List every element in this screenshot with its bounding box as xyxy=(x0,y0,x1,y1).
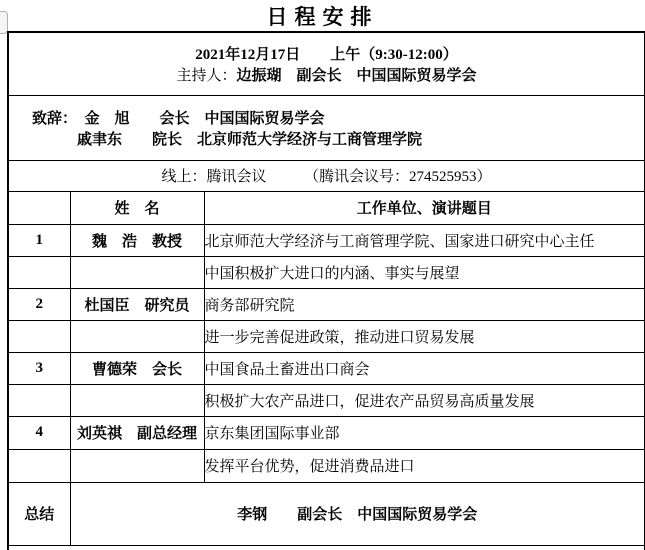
session-host-line: 主持人：边振瑚 副会长 中国国际贸易学会 xyxy=(9,64,644,85)
table-row: 积极扩大农产品进口，促进农产品贸易高质量发展 xyxy=(8,384,645,416)
speaker-org: 京东集团国际事业部 xyxy=(204,416,645,449)
speaker-topic: 积极扩大农产品进口，促进农产品贸易高质量发展 xyxy=(204,384,645,416)
speaker-name: 曹德荣 会长 xyxy=(70,352,204,384)
speaker-org: 中国食品土畜进出口商会 xyxy=(204,352,645,384)
document-page: { "colors": { "text": "#000000", "border… xyxy=(0,0,645,550)
speaker-number: 2 xyxy=(8,288,70,320)
table-row: 4 刘英祺 副总经理 京东集团国际事业部 xyxy=(8,416,645,449)
speaker-name: 刘英祺 副总经理 xyxy=(70,416,204,449)
table-row: 1 魏 浩 教授 北京师范大学经济与工商管理学院、国家进口研究中心主任 xyxy=(8,224,645,256)
agenda-table: 2021年12月17日 上午（9:30-12:00） 主持人：边振瑚 副会长 中… xyxy=(7,31,645,550)
session-info-cell: 2021年12月17日 上午（9:30-12:00） 主持人：边振瑚 副会长 中… xyxy=(8,32,645,95)
table-row: 进一步完善促进政策，推动进口贸易发展 xyxy=(8,320,645,352)
speaker-number: 1 xyxy=(8,224,70,256)
empty-cell xyxy=(8,384,70,416)
empty-cell xyxy=(70,449,204,482)
speaker-org: 北京师范大学经济与工商管理学院、国家进口研究中心主任 xyxy=(204,224,645,256)
page-title: 日程安排 xyxy=(0,1,645,31)
speech-line-2: 戚聿东 院长 北京师范大学经济与工商管理学院 xyxy=(9,128,644,149)
speaker-topic: 中国积极扩大进口的内涵、事实与展望 xyxy=(204,256,645,288)
speaker-name: 杜国臣 研究员 xyxy=(70,288,204,320)
empty-cell xyxy=(8,545,645,550)
table-row: 发挥平台优势，促进消费品进口 xyxy=(8,449,645,482)
empty-cell xyxy=(70,320,204,352)
speaker-number: 3 xyxy=(8,352,70,384)
speaker-topic: 发挥平台优势，促进消费品进口 xyxy=(204,449,645,482)
speaker-topic: 进一步完善促进政策，推动进口贸易发展 xyxy=(204,320,645,352)
header-name-cell: 姓 名 xyxy=(70,191,204,224)
session-datetime: 2021年12月17日 上午（9:30-12:00） xyxy=(9,43,644,64)
summary-label: 总结 xyxy=(8,482,70,545)
table-row: 2 杜国臣 研究员 商务部研究院 xyxy=(8,288,645,320)
header-work-cell: 工作单位、演讲题目 xyxy=(204,191,645,224)
online-meeting-cell: 线上：腾讯会议 （腾讯会议号：274525953） xyxy=(8,160,645,191)
empty-cell xyxy=(70,256,204,288)
table-row: 总结 李钢 副会长 中国国际贸易学会 xyxy=(8,482,645,545)
empty-cell xyxy=(8,256,70,288)
empty-cell xyxy=(8,449,70,482)
summary-content: 李钢 副会长 中国国际贸易学会 xyxy=(70,482,645,545)
speaker-org: 商务部研究院 xyxy=(204,288,645,320)
table-row: 中国积极扩大进口的内涵、事实与展望 xyxy=(8,256,645,288)
header-index-cell xyxy=(8,191,70,224)
host-label: 主持人： xyxy=(176,68,236,84)
host-value: 边振瑚 副会长 中国国际贸易学会 xyxy=(237,68,477,84)
speaker-number: 4 xyxy=(8,416,70,449)
speech-line-1: 致辞： 金 旭 会长 中国国际贸易学会 xyxy=(9,107,644,128)
empty-cell xyxy=(70,384,204,416)
speaker-name: 魏 浩 教授 xyxy=(70,224,204,256)
empty-cell xyxy=(8,320,70,352)
table-row xyxy=(8,545,645,550)
table-row: 3 曹德荣 会长 中国食品土畜进出口商会 xyxy=(8,352,645,384)
speech-cell: 致辞： 金 旭 会长 中国国际贸易学会 戚聿东 院长 北京师范大学经济与工商管理… xyxy=(8,95,645,160)
